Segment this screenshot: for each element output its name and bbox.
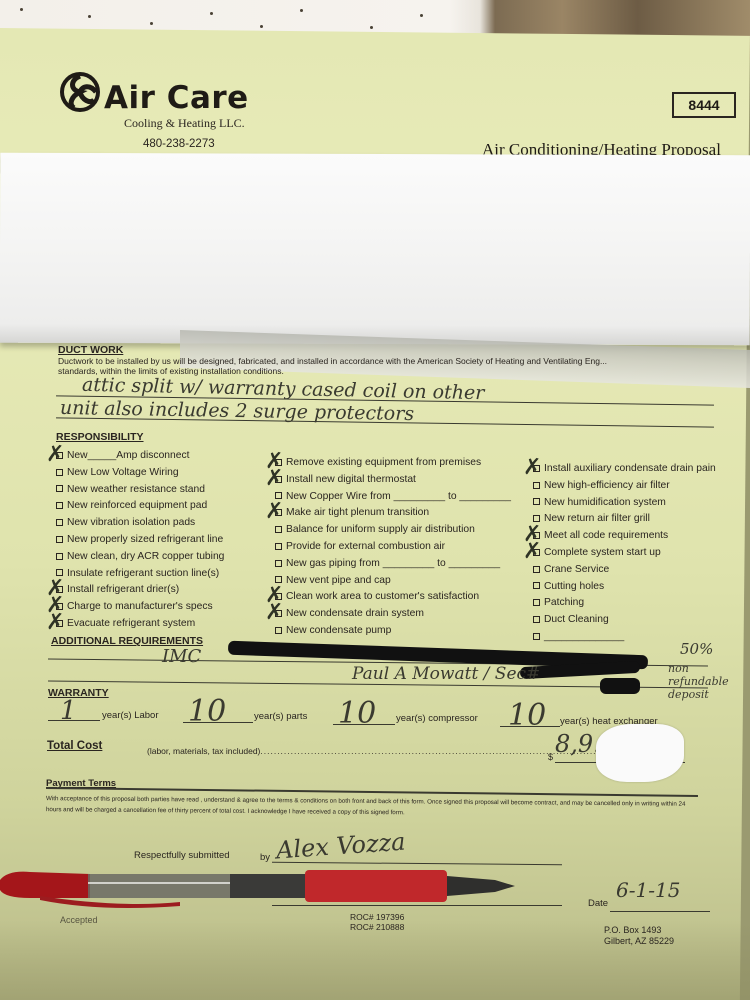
checklist-item-label: Balance for uniform supply air distribut… [286,524,475,535]
checklist-item[interactable]: New return air filter grill [533,511,716,528]
red-pen [0,868,520,908]
checklist-item-label: New Copper Wire from _________ to ______… [286,491,511,502]
checklist-item[interactable]: Duct Cleaning [533,612,716,629]
checkbox[interactable] [275,492,282,499]
check-x-mark-icon: ✗ [265,501,283,523]
checklist-item[interactable]: Patching [533,595,716,612]
checklist-item[interactable]: ✗Install refrigerant drier(s) [56,582,224,599]
checklist-item-label: Make air tight plenum transition [286,507,429,518]
labor-label: year(s) Labor [102,710,159,721]
checklist-item[interactable]: New clean, dry ACR copper tubing [56,549,224,566]
by-label: by [260,852,270,863]
checkbox[interactable] [56,502,63,509]
checklist-item-label: Duct Cleaning [544,614,609,625]
redaction-scribble [600,678,640,694]
checklist-item[interactable]: Balance for uniform supply air distribut… [275,522,511,539]
parts-label: year(s) parts [254,711,307,722]
checkbox[interactable] [533,566,540,573]
checklist-item-label: Install new digital thermostat [286,474,416,485]
parts-years: 10 [188,694,226,729]
heat-exchanger-years: 10 [508,698,546,733]
checkbox[interactable] [533,498,540,505]
company-phone: 480-238-2273 [143,138,215,150]
company-subtitle: Cooling & Heating LLC. [124,116,245,131]
checklist-item[interactable]: New condensate pump [275,623,511,640]
checklist-item[interactable]: ✗Make air tight plenum transition [275,505,511,522]
additional-hand-1: IMC [162,646,201,667]
checkbox[interactable] [56,519,63,526]
checklist-item[interactable]: New Copper Wire from _________ to ______… [275,489,511,506]
checklist-item-label: Cutting holes [544,581,604,592]
checklist-item-label: New vibration isolation pads [67,517,195,528]
checkbox[interactable] [56,469,63,476]
checklist-item-label: Charge to manufacturer's specs [67,601,213,612]
checklist-item[interactable]: ✗Install auxiliary condensate drain pain [533,461,716,478]
checkbox[interactable] [56,569,63,576]
checkbox[interactable] [275,576,282,583]
total-cost-heading: Total Cost [47,740,102,752]
checklist-item[interactable]: ✗Meet all code requirements [533,528,716,545]
deposit-note: non refundable deposit [668,662,738,701]
check-x-mark-icon: ✗ [265,468,283,490]
labor-years: 1 [60,696,77,726]
roc-2: ROC# 210888 [350,922,404,932]
document-number: 8444 [672,92,736,118]
check-x-mark-icon: ✗ [523,457,541,479]
deposit-percent: 50% [680,640,713,658]
roc-numbers: ROC# 197396 ROC# 210888 [350,912,404,932]
checklist-item[interactable]: ✗New condensate drain system [275,606,511,623]
accepted-label: Accepted [60,915,98,925]
checklist-item-label: Install auxiliary condensate drain pain [544,463,716,474]
checklist-item-label: Clean work area to customer's satisfacti… [286,591,479,602]
checklist-item-label: Remove existing equipment from premises [286,457,481,468]
checklist-item-label: New condensate pump [286,625,391,636]
submitted-label: Respectfully submitted [134,850,230,861]
check-x-mark-icon: ✗ [46,612,64,634]
rule [48,720,100,721]
checkbox[interactable] [533,616,540,623]
checklist-item-label: Complete system start up [544,547,661,558]
checklist-item[interactable]: ✗Remove existing equipment from premises [275,455,511,472]
duct-work-heading: DUCT WORK [58,344,123,356]
checklist-item-label: Evacuate refrigerant system [67,618,195,629]
checklist-item-label: New vent pipe and cap [286,575,391,586]
checkbox[interactable] [275,560,282,567]
checklist-item-label: New weather resistance stand [67,484,205,495]
checklist-item-label: Patching [544,597,584,608]
currency-symbol: $ [548,752,553,762]
responsibility-column-3: ✗Install auxiliary condensate drain pain… [533,461,716,646]
checklist-item-label: New reinforced equipment pad [67,500,207,511]
checklist-item-label: New_____Amp disconnect [67,450,190,461]
rule [610,911,710,912]
checklist-item[interactable]: Insulate refrigerant suction line(s) [56,566,224,583]
checkbox[interactable] [56,485,63,492]
checkbox[interactable] [533,582,540,589]
rule [183,722,253,723]
address-line-1: P.O. Box 1493 [604,925,674,936]
checklist-item-label: New condensate drain system [286,608,424,619]
compressor-years: 10 [338,696,376,731]
rule [333,724,395,725]
date-value: 6-1-15 [616,878,680,902]
check-x-mark-icon: ✗ [265,602,283,624]
checklist-item-label: Crane Service [544,564,609,575]
checkbox[interactable] [275,526,282,533]
duct-work-text-1: Ductwork to be installed by us will be d… [58,356,738,366]
checklist-item-label: New return air filter grill [544,513,650,524]
checklist-item-label: New high-efficiency air filter [544,480,670,491]
checkbox[interactable] [56,536,63,543]
checklist-item[interactable]: ✗New_____Amp disconnect [56,448,224,465]
checkbox[interactable] [533,515,540,522]
checkbox[interactable] [56,553,63,560]
checklist-item[interactable]: New humidification system [533,495,716,512]
checklist-item[interactable]: Crane Service [533,562,716,579]
checklist-item[interactable]: Provide for external combustion air [275,539,511,556]
total-cost-note: (labor, materials, tax included)........… [147,746,600,756]
checklist-item-label: Install refrigerant drier(s) [67,584,179,595]
checklist-item-label: New Low Voltage Wiring [67,467,179,478]
checklist-item-label: New gas piping from _________ to _______… [286,558,500,569]
checklist-item-label: ______________ [544,631,624,642]
checkbox[interactable] [275,627,282,634]
checkbox[interactable] [533,482,540,489]
checkbox[interactable] [533,633,540,640]
company-address: P.O. Box 1493 Gilbert, AZ 85229 [604,925,674,947]
checklist-item-label: New humidification system [544,497,666,508]
date-label: Date [588,898,608,909]
checkbox[interactable] [275,543,282,550]
additional-hand-2: Paul A Mowatt / Sec# [352,664,540,684]
checklist-item[interactable]: New Low Voltage Wiring [56,465,224,482]
warranty-row: 1 year(s) Labor 10 year(s) parts 10 year… [48,700,708,730]
checklist-item-label: New clean, dry ACR copper tubing [67,551,224,562]
checklist-item[interactable]: ✗Evacuate refrigerant system [56,616,224,633]
checklist-item[interactable]: ✗Complete system start up [533,545,716,562]
checklist-item[interactable]: New properly sized refrigerant line [56,532,224,549]
checklist-item[interactable]: New high-efficiency air filter [533,478,716,495]
check-x-mark-icon: ✗ [46,444,64,466]
address-line-2: Gilbert, AZ 85229 [604,936,674,947]
checklist-item[interactable]: New gas piping from _________ to _______… [275,556,511,573]
check-x-mark-icon: ✗ [523,541,541,563]
checklist-item[interactable]: New reinforced equipment pad [56,498,224,515]
checklist-item[interactable]: New weather resistance stand [56,482,224,499]
checklist-item[interactable]: ✗Clean work area to customer's satisfact… [275,589,511,606]
checklist-item[interactable]: Cutting holes [533,579,716,596]
checkbox[interactable] [533,599,540,606]
company-name: Air Care [104,80,249,116]
checklist-item-label: Provide for external combustion air [286,541,445,552]
responsibility-column-1: ✗New_____Amp disconnectNew Low Voltage W… [56,448,224,633]
responsibility-heading: RESPONSIBILITY [56,431,144,443]
fan-swirl-icon [60,72,100,112]
checklist-item[interactable]: ✗Install new digital thermostat [275,472,511,489]
compressor-label: year(s) compressor [396,713,478,724]
responsibility-column-2: ✗Remove existing equipment from premises… [275,455,511,640]
checklist-item-label: Insulate refrigerant suction line(s) [67,568,219,579]
roc-1: ROC# 197396 [350,912,404,922]
checklist-item[interactable]: New vibration isolation pads [56,515,224,532]
checklist-item-label: New properly sized refrigerant line [67,534,223,545]
covering-paper [0,153,750,346]
checklist-item[interactable]: ✗Charge to manufacturer's specs [56,599,224,616]
rule [500,726,560,727]
torn-paper-patch [596,724,684,782]
warranty-heading: WARRANTY [48,687,109,699]
checklist-item-label: Meet all code requirements [544,530,668,541]
total-cost-note-text: (labor, materials, tax included) [147,746,260,756]
checklist-item[interactable]: New vent pipe and cap [275,573,511,590]
